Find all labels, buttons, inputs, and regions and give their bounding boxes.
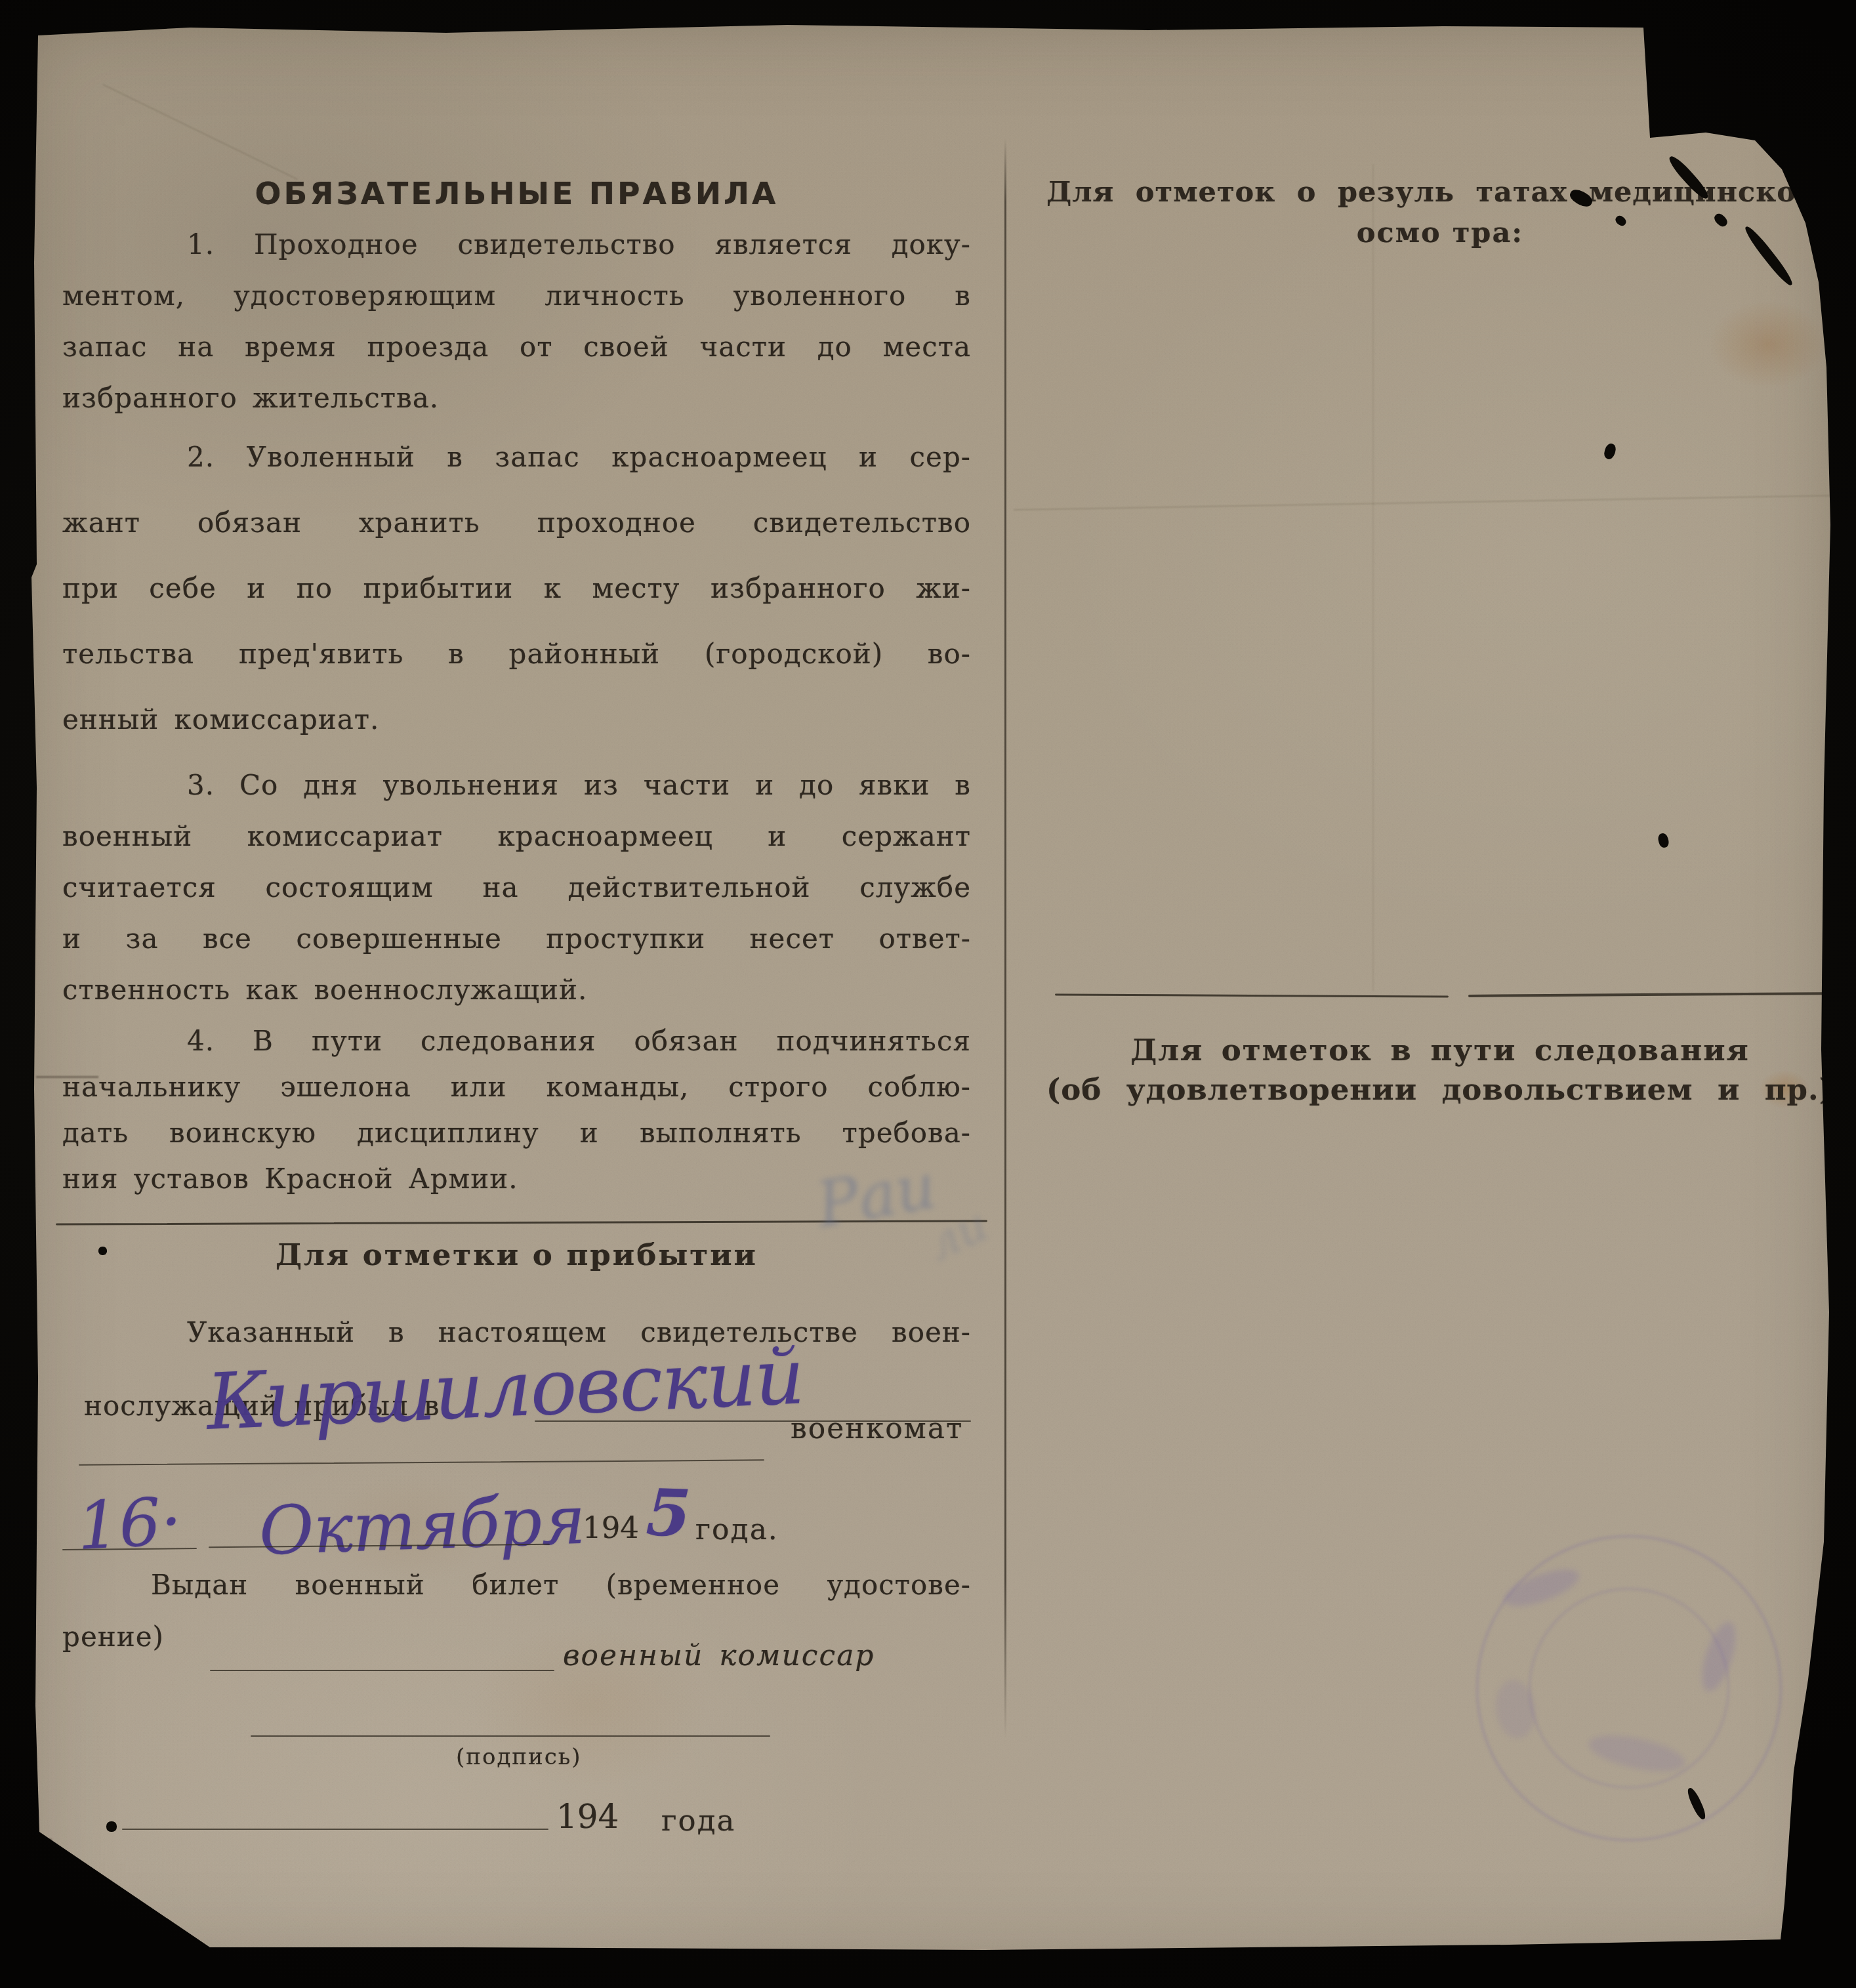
footer-year-prefix: 194 (556, 1798, 619, 1836)
rule-3-line: ственность как военнослужащий. (62, 976, 971, 1004)
rule-1-line: 1. Проходное свидетельство является доку… (62, 231, 971, 259)
ink-dot (106, 1821, 117, 1832)
vertical-crease (1372, 164, 1374, 991)
handwritten-date-day: 16· (75, 1483, 184, 1565)
rule-2-line: при себе и по прибытии к месту избранног… (62, 575, 971, 602)
rule-1-line: запас на время проезда от своей части до… (62, 333, 971, 361)
rule-1-line: избранного жительства. (62, 384, 971, 412)
issued-ticket-line1: Выдан военный билет (временное удостове- (62, 1571, 971, 1599)
commissar-label: военный комиссар (563, 1639, 875, 1672)
rule-3-line: считается состоящим на действительной сл… (62, 874, 971, 901)
rule-4-line: начальнику эшелона или команды, строго с… (62, 1073, 971, 1101)
issued-ticket-line2: рение) (62, 1621, 164, 1653)
route-marks-title-line1: Для отметок в пути следования (1050, 1033, 1830, 1067)
rule-4-line: дать воинскую дисциплину и выполнять тре… (62, 1119, 971, 1147)
signature-label: (подпись) (456, 1744, 581, 1770)
medical-marks-title-line1: Для отметок о резуль татах медицинского (1046, 178, 1834, 207)
document-paper: ОБЯЗАТЕЛЬНЫЕ ПРАВИЛА 1. Проходное свидет… (0, 0, 1856, 1988)
signature-line (251, 1735, 770, 1737)
photo-of-document: ОБЯЗАТЕЛЬНЫЕ ПРАВИЛА 1. Проходное свидет… (0, 0, 1856, 1988)
column-divider-line (1004, 138, 1006, 1739)
footer-year-suffix: года (661, 1803, 735, 1838)
rule-2-line: 2. Уволенный в запас красноармеец и сер- (62, 444, 971, 471)
blank-line-commissar (210, 1670, 554, 1671)
arrival-section-title: Для отметки о прибытии (62, 1237, 971, 1272)
corner-crack (26, 1838, 52, 1934)
handwritten-year-digit: 5 (645, 1475, 692, 1552)
rule-3-line: и за все совершенные проступки несет отв… (62, 925, 971, 953)
blank-line-footer-date (122, 1829, 548, 1830)
rule-2-line: тельства пред'явить в районный (городско… (62, 640, 971, 668)
handwritten-date-month: Октября (258, 1481, 587, 1571)
rule-1-line: ментом, удостоверяющим личность уволенно… (62, 282, 971, 310)
arrival-text-line1: Указанный в настоящем свидетельстве воен… (62, 1319, 971, 1346)
edge-crack (36, 1076, 98, 1078)
rule-2-line: жант обязан хранить проходное свидетельс… (62, 509, 971, 537)
voenkomat-label: военкомат (791, 1412, 963, 1445)
rules-title: ОБЯЗАТЕЛЬНЫЕ ПРАВИЛА (62, 176, 971, 212)
printed-year-prefix: 194 (583, 1510, 639, 1545)
rule-3-line: военный комиссариат красноармеец и сержа… (62, 823, 971, 850)
rule-3-line: 3. Со дня увольнения из части и до явки … (62, 772, 971, 799)
rule-2-line: енный комиссариат. (62, 706, 971, 734)
route-marks-title-line2: (об удовлетворении довольствием и пр.) (1046, 1075, 1834, 1104)
year-suffix: года. (695, 1513, 779, 1546)
rule-4-line: 4. В пути следования обязан подчиняться (62, 1027, 971, 1055)
